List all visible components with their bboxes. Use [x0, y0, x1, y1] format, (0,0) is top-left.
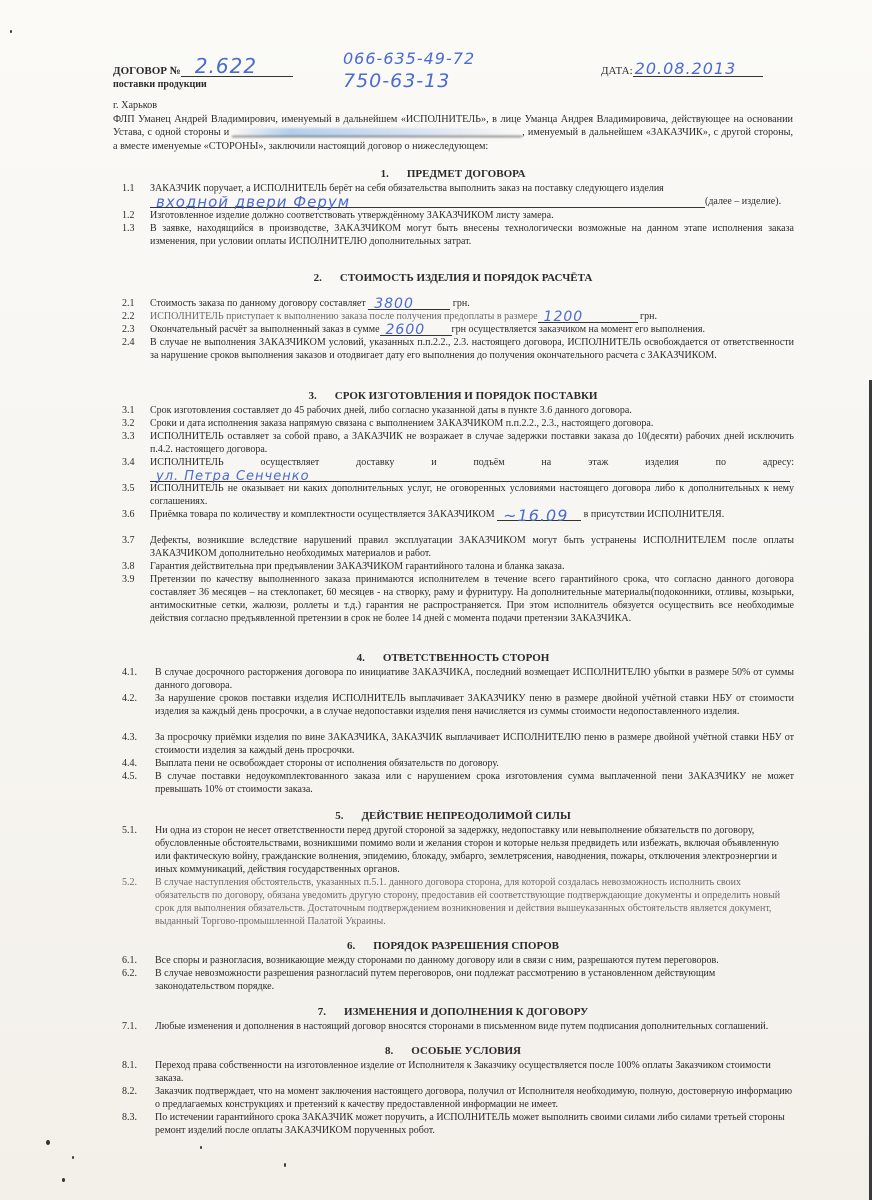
date-field: ДАТА:20.08.2013 — [601, 62, 763, 77]
clause-6-2: 6.2.В случае невозможности разрешения ра… — [122, 967, 794, 993]
clause-4-1: 4.1.В случае досрочного расторжения дого… — [122, 666, 794, 692]
scan-speck — [10, 30, 12, 33]
clause-2-1: 2.1Стоимость заказа по данному договору … — [122, 297, 794, 310]
clause-4-4: 4.4.Выплата пени не освобождает стороны … — [122, 757, 794, 770]
scan-speck — [284, 1163, 286, 1167]
contract-number-handwritten: 2.622 — [195, 54, 257, 78]
clause-4-5: 4.5.В случае поставки недоукомплектованн… — [122, 770, 794, 796]
clause-3-7: 3.7Дефекты, возникшие вследствие нарушен… — [122, 534, 794, 560]
clause-3-9: 3.9Претензии по качеству выполненного за… — [122, 573, 794, 625]
parties-paragraph: ФЛП Уманец Андрей Владимирович, именуемы… — [113, 113, 793, 154]
clause-5-2: 5.2.В случае наступления обстоятельств, … — [122, 876, 794, 928]
scan-speck — [72, 1156, 74, 1159]
clause-4-3: 4.3.За просрочку приёмки изделия по вине… — [122, 731, 794, 757]
contract-intro: г. Харьков ФЛП Уманец Андрей Владимирови… — [113, 99, 793, 153]
clause-3-1: 3.1Срок изготовления составляет до 45 ра… — [122, 404, 794, 417]
contract-number-field: ДОГОВОР №2.622 — [113, 62, 293, 77]
clause-7-1: 7.1.Любые изменения и дополнения в насто… — [122, 1020, 794, 1033]
clause-8-1: 8.1.Переход права собственности на изгот… — [122, 1059, 794, 1085]
section-3-title: 3.СРОК ИЗГОТОВЛЕНИЯ И ПОРЯДОК ПОСТАВКИ — [113, 390, 793, 402]
clause-3-8: 3.8Гарантия действительна при предъявлен… — [122, 560, 794, 573]
clause-2-4: 2.4В случае не выполнения ЗАКАЗЧИКОМ усл… — [122, 336, 794, 362]
section-2-title: 2.СТОИМОСТЬ ИЗДЕЛИЯ И ПОРЯДОК РАСЧЁТА — [113, 272, 793, 284]
redacted-customer-name — [232, 128, 522, 137]
clause-2-2: 2.2ИСПОЛНИТЕЛЬ приступает к выполнению з… — [122, 310, 794, 323]
clause-1-1: 1.1 ЗАКАЗЧИК поручает, а ИСПОЛНИТЕЛЬ бер… — [122, 182, 794, 208]
clause-1-2: 1.2Изготовленное изделие должно соответс… — [122, 209, 794, 222]
section-6-title: 6.ПОРЯДОК РАЗРЕШЕНИЯ СПОРОВ — [113, 940, 793, 952]
section-5-title: 5.ДЕЙСТВИЕ НЕПРЕОДОЛИМОЙ СИЛЫ — [113, 810, 793, 822]
clause-3-3: 3.3ИСПОЛНИТЕЛЬ оставляет за собой право,… — [122, 430, 794, 456]
scan-speck — [62, 1178, 65, 1182]
scanned-contract-page: ДОГОВОР №2.622 поставки продукции 066-63… — [0, 0, 872, 1200]
clause-3-5: 3.5ИСПОЛНИТЕЛЬ не оказывает ни каких доп… — [122, 482, 794, 508]
section-4-title: 4.ОТВЕТСТВЕННОСТЬ СТОРОН — [113, 652, 793, 664]
section-1-title: 1.ПРЕДМЕТ ДОГОВОРА — [113, 168, 793, 180]
clause-2-3: 2.3Окончательный расчёт за выполненный з… — [122, 323, 794, 336]
date-label: ДАТА: — [601, 65, 633, 77]
city: г. Харьков — [113, 99, 793, 113]
section-7-title: 7.ИЗМЕНЕНИЯ И ДОПОЛНЕНИЯ К ДОГОВОРУ — [113, 1006, 793, 1018]
clause-4-2: 4.2.За нарушение сроков поставки изделия… — [122, 692, 794, 718]
contract-label: ДОГОВОР № — [113, 65, 181, 77]
handwritten-product: входной двери Ферум — [156, 196, 350, 209]
scan-speck — [46, 1140, 50, 1145]
clause-3-4: 3.4ИСПОЛНИТЕЛЬ осуществляет доставку и п… — [122, 456, 794, 469]
handwritten-acceptance-date: ~16.09 — [503, 509, 568, 522]
phone-2: 750-63-13 — [343, 70, 475, 92]
date-handwritten: 20.08.2013 — [635, 59, 737, 78]
clause-1-3: 1.3В заявке, находящийся в производстве,… — [122, 222, 794, 248]
handwritten-phones: 066-635-49-72 750-63-13 — [343, 48, 475, 92]
phone-1: 066-635-49-72 — [343, 48, 475, 70]
clause-3-2: 3.2Сроки и дата исполнения заказа напрям… — [122, 417, 794, 430]
section-8-title: 8.ОСОБЫЕ УСЛОВИЯ — [113, 1045, 793, 1057]
clause-8-2: 8.2.Заказчик подтверждает, что на момент… — [122, 1085, 794, 1111]
clause-5-1: 5.1.Ни одна из сторон не несет ответстве… — [122, 824, 794, 876]
clause-3-6: 3.6Приёмка товара по количеству и компле… — [122, 508, 794, 521]
scan-speck — [200, 1146, 202, 1149]
contract-header: ДОГОВОР №2.622 поставки продукции 066-63… — [113, 52, 773, 92]
clause-3-4-address: ул. Петра Сенченко — [122, 469, 794, 482]
clause-8-3: 8.3.По истечении гарантийного срока ЗАКА… — [122, 1111, 794, 1137]
contract-subtitle: поставки продукции — [113, 79, 207, 90]
clause-6-1: 6.1.Все споры и разногласия, возникающие… — [122, 954, 794, 967]
